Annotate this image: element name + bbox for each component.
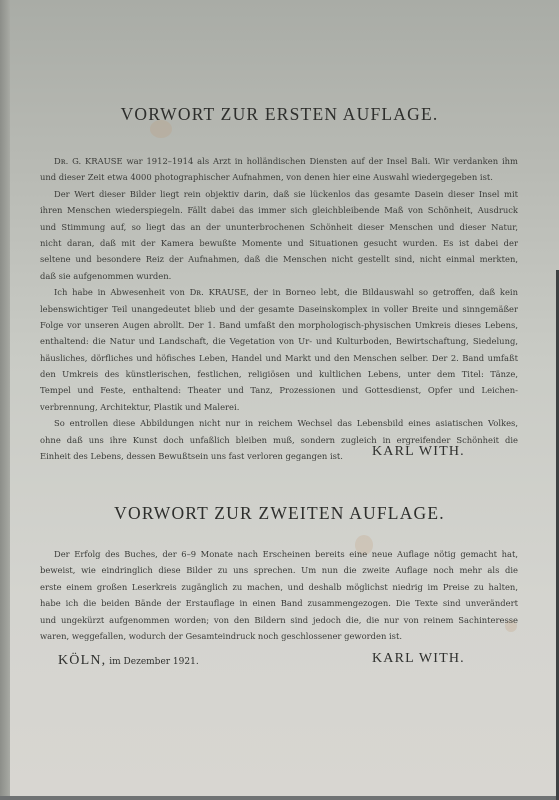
text-line: lebenswichtiger Teil unangedeutet blieb …: [40, 301, 518, 317]
text-line: So entrollen diese Abbildungen nicht nur…: [40, 415, 518, 431]
text-line: Der Erfolg des Buches, der 6–9 Monate na…: [40, 546, 518, 562]
preface-second-text: Der Erfolg des Buches, der 6–9 Monate na…: [40, 546, 518, 644]
text-line: Ich habe in Abwesenheit von Dʀ. KRAUSE, …: [40, 284, 518, 300]
page-bottom-edge: [0, 796, 559, 800]
heading-first-edition: VORWORT ZUR ERSTEN AUFLAGE.: [0, 104, 559, 125]
text-line: und dieser Zeit etwa 4000 photographisch…: [40, 169, 518, 185]
text-line: häusliches, dörfliches und höfisches Leb…: [40, 350, 518, 366]
text-line: beweist, wie eindringlich diese Bilder z…: [40, 562, 518, 578]
text-line: erste einem großen Leserkreis zugänglich…: [40, 579, 518, 595]
text-line: Der Wert dieser Bilder liegt rein objekt…: [40, 186, 518, 202]
text-line: enthaltend: die Natur und Landschaft, di…: [40, 333, 518, 349]
text-line: habe ich die beiden Bände der Erstauflag…: [40, 595, 518, 611]
text-line: daß sie aufgenommen wurden.: [40, 268, 518, 284]
date: im Dezember 1921.: [109, 657, 198, 667]
text-line: verbrennung, Architektur, Plastik und Ma…: [40, 399, 518, 415]
text-line: und Stimmung auf, so liegt das an der un…: [40, 219, 518, 235]
text-line: nicht daran, daß mit der Kamera bewußte …: [40, 235, 518, 251]
book-page: VORWORT ZUR ERSTEN AUFLAGE. Dʀ. G. KRAUS…: [0, 0, 559, 800]
text-line: und ungekürzt aufgenommen worden; von de…: [40, 612, 518, 628]
heading-second-edition: VORWORT ZUR ZWEITEN AUFLAGE.: [0, 503, 559, 524]
text-line: Dʀ. G. KRAUSE war 1912–1914 als Arzt in …: [40, 153, 518, 169]
text-line: ihren Menschen wiederspiegeln. Fällt dab…: [40, 202, 518, 218]
signature-first: KARL WITH.: [372, 444, 465, 460]
place: KÖLN,: [58, 653, 106, 668]
place-and-date: KÖLN, im Dezember 1921.: [58, 653, 199, 669]
text-line: den Umkreis des künstlerischen, festlich…: [40, 366, 518, 382]
text-line: Folge vor unseren Augen abrollt. Der 1. …: [40, 317, 518, 333]
preface-first-text: Dʀ. G. KRAUSE war 1912–1914 als Arzt in …: [40, 153, 518, 464]
text-line: Tempel und Feste, enthaltend: Theater un…: [40, 382, 518, 398]
text-line: waren, weggefallen, wodurch der Gesamtei…: [40, 628, 518, 644]
text-line: seltene und besondere Reiz der Aufnahmen…: [40, 251, 518, 267]
signature-second: KARL WITH.: [372, 651, 465, 667]
